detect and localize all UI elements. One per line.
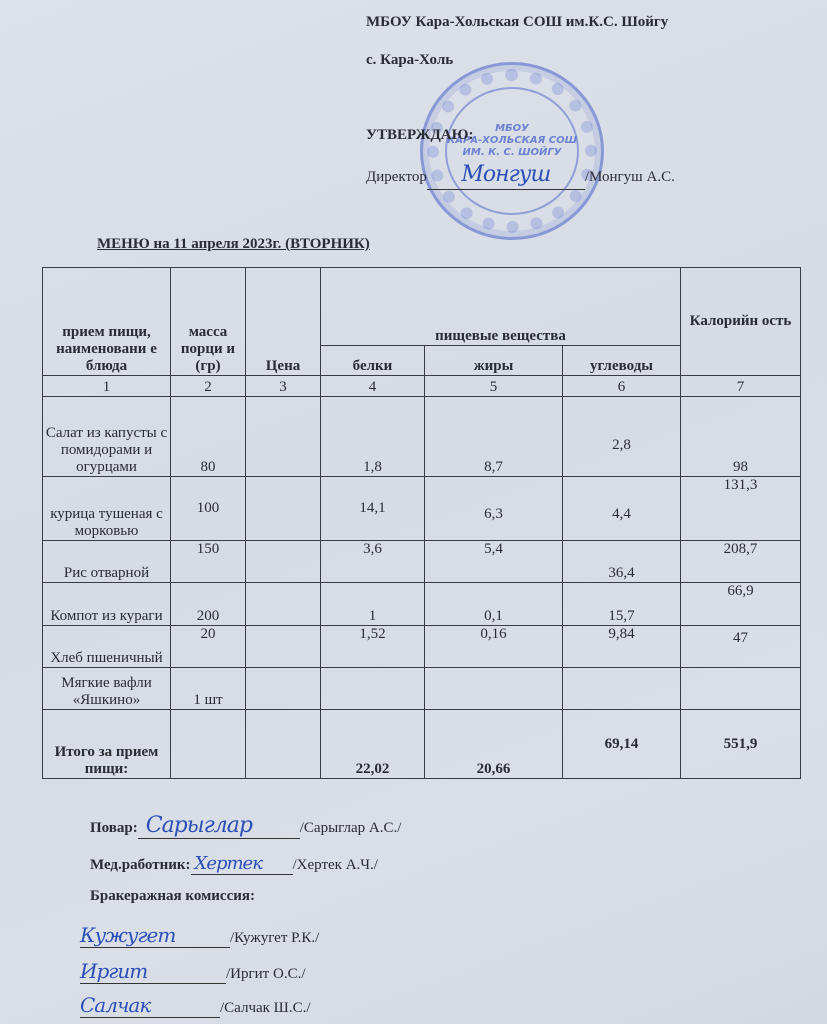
table-row: Компот из кураги 200 1 0,1 15,7 66,9 (43, 583, 801, 626)
column-number: 3 (246, 376, 321, 397)
dish-carbs: 9,84 (563, 626, 681, 668)
commission-name: /Кужугет Р.К./ (230, 930, 319, 946)
table-row: Мягкие вафли «Яшкино» 1 шт (43, 668, 801, 710)
director-signature-line: Монгуш (427, 164, 585, 190)
official-stamp: МБОУ КАРА-ХОЛЬСКАЯ СОШ ИМ. К. С. ШОЙГУ (420, 62, 604, 240)
column-number: 2 (171, 376, 246, 397)
approve-label: УТВЕРЖДАЮ: (366, 127, 474, 144)
dish-carbs: 2,8 (563, 397, 681, 477)
dish-mass: 20 (171, 626, 246, 668)
column-number: 7 (681, 376, 801, 397)
table-row: Рис отварной 150 3,6 5,4 36,4 208,7 (43, 541, 801, 583)
total-mass (171, 710, 246, 779)
header-mass: масса порци и (гр) (171, 268, 246, 376)
header-proteins: белки (321, 346, 425, 376)
cook-signature: Сарыглар (146, 813, 252, 838)
village-name: с. Кара-Холь (366, 52, 453, 69)
dish-proteins: 1 (321, 583, 425, 626)
dish-name: Хлеб пшеничный (43, 626, 171, 668)
commission-signature-line: Салчак (80, 993, 220, 1018)
header-fats: жиры (425, 346, 563, 376)
dish-mass: 150 (171, 541, 246, 583)
total-fats: 20,66 (425, 710, 563, 779)
total-price (246, 710, 321, 779)
dish-fats (425, 668, 563, 710)
header-meal: прием пищи, наименовани е блюда (43, 268, 171, 376)
dish-name: Мягкие вафли «Яшкино» (43, 668, 171, 710)
commission-signature-line: Кужугет (80, 923, 230, 948)
dish-calories: 131,3 (681, 477, 801, 541)
dish-proteins: 3,6 (321, 541, 425, 583)
menu-table: прием пищи, наименовани е блюда масса по… (42, 267, 801, 779)
medic-signature: Хертек (195, 853, 262, 874)
director-signature: Монгуш (461, 162, 550, 187)
dish-carbs (563, 668, 681, 710)
dish-price (246, 626, 321, 668)
cook-signature-line: Сарыглар (138, 813, 300, 839)
total-calories: 551,9 (681, 710, 801, 779)
menu-title: МЕНЮ на 11 апреля 2023г. (ВТОРНИК) (97, 236, 370, 253)
commission-signature: Иргит (80, 959, 147, 983)
table-row: Салат из капусты с помидорами и огурцами… (43, 397, 801, 477)
dish-price (246, 583, 321, 626)
column-number: 5 (425, 376, 563, 397)
header-price: Цена (246, 268, 321, 376)
dish-mass: 1 шт (171, 668, 246, 710)
dish-mass: 100 (171, 477, 246, 541)
medic-label: Мед.работник: (90, 857, 191, 873)
dish-mass: 80 (171, 397, 246, 477)
cook-label: Повар: (90, 820, 138, 836)
dish-name: Компот из кураги (43, 583, 171, 626)
commission-signature-line: Иргит (80, 959, 226, 984)
dish-name: Салат из капусты с помидорами и огурцами (43, 397, 171, 477)
dish-proteins: 1,52 (321, 626, 425, 668)
school-name: МБОУ Кара-Хольская СОШ им.К.С. Шойгу (366, 14, 668, 31)
dish-proteins (321, 668, 425, 710)
dish-calories: 47 (681, 626, 801, 668)
column-number: 6 (563, 376, 681, 397)
dish-fats: 6,3 (425, 477, 563, 541)
dish-proteins: 1,8 (321, 397, 425, 477)
commission-name: /Салчак Ш.С./ (220, 1000, 311, 1016)
dish-calories (681, 668, 801, 710)
dish-carbs: 36,4 (563, 541, 681, 583)
dish-carbs: 15,7 (563, 583, 681, 626)
dish-proteins: 14,1 (321, 477, 425, 541)
commission-signature: Салчак (80, 993, 150, 1017)
commission-member-3: Салчак/Салчак Ш.С./ (80, 993, 311, 1018)
total-proteins: 22,02 (321, 710, 425, 779)
director-label: Директор (366, 169, 427, 185)
medic-signature-line: Хертек (191, 853, 293, 875)
dish-carbs: 4,4 (563, 477, 681, 541)
dish-price (246, 668, 321, 710)
dish-fats: 0,1 (425, 583, 563, 626)
total-label: Итого за прием пищи: (43, 710, 171, 779)
column-number: 1 (43, 376, 171, 397)
dish-mass: 200 (171, 583, 246, 626)
header-nutrients: пищевые вещества (321, 268, 681, 346)
table-row: Хлеб пшеничный 20 1,52 0,16 9,84 47 (43, 626, 801, 668)
cook-line: Повар:Сарыглар/Сарыглар А.С./ (90, 813, 401, 839)
table-row: курица тушеная с морковью 100 14,1 6,3 4… (43, 477, 801, 541)
medic-line: Мед.работник:Хертек/Хертек А.Ч./ (90, 853, 378, 875)
dish-price (246, 541, 321, 583)
header-calories: Калорийн ость (681, 268, 801, 376)
column-number: 4 (321, 376, 425, 397)
commission-name: /Иргит О.С./ (226, 966, 306, 982)
dish-fats: 0,16 (425, 626, 563, 668)
dish-calories: 66,9 (681, 583, 801, 626)
commission-signature: Кужугет (80, 923, 175, 947)
dish-price (246, 397, 321, 477)
commission-member-2: Иргит/Иргит О.С./ (80, 959, 306, 984)
header-carbs: углеводы (563, 346, 681, 376)
column-number-row: 1 2 3 4 5 6 7 (43, 376, 801, 397)
cook-name: /Сарыглар А.С./ (300, 820, 402, 836)
director-line: ДиректорМонгуш/Монгуш А.С. (366, 162, 675, 188)
dish-price (246, 477, 321, 541)
dish-name: Рис отварной (43, 541, 171, 583)
commission-label: Бракеражная комиссия: (90, 888, 255, 905)
dish-calories: 98 (681, 397, 801, 477)
dish-fats: 8,7 (425, 397, 563, 477)
medic-name: /Хертек А.Ч./ (293, 857, 378, 873)
stamp-line-3: ИМ. К. С. ШОЙГУ (423, 147, 601, 158)
dish-name: курица тушеная с морковью (43, 477, 171, 541)
total-carbs: 69,14 (563, 710, 681, 779)
dish-fats: 5,4 (425, 541, 563, 583)
total-row: Итого за прием пищи: 22,02 20,66 69,14 5… (43, 710, 801, 779)
director-name: /Монгуш А.С. (585, 169, 675, 185)
dish-calories: 208,7 (681, 541, 801, 583)
commission-member-1: Кужугет/Кужугет Р.К./ (80, 923, 319, 948)
